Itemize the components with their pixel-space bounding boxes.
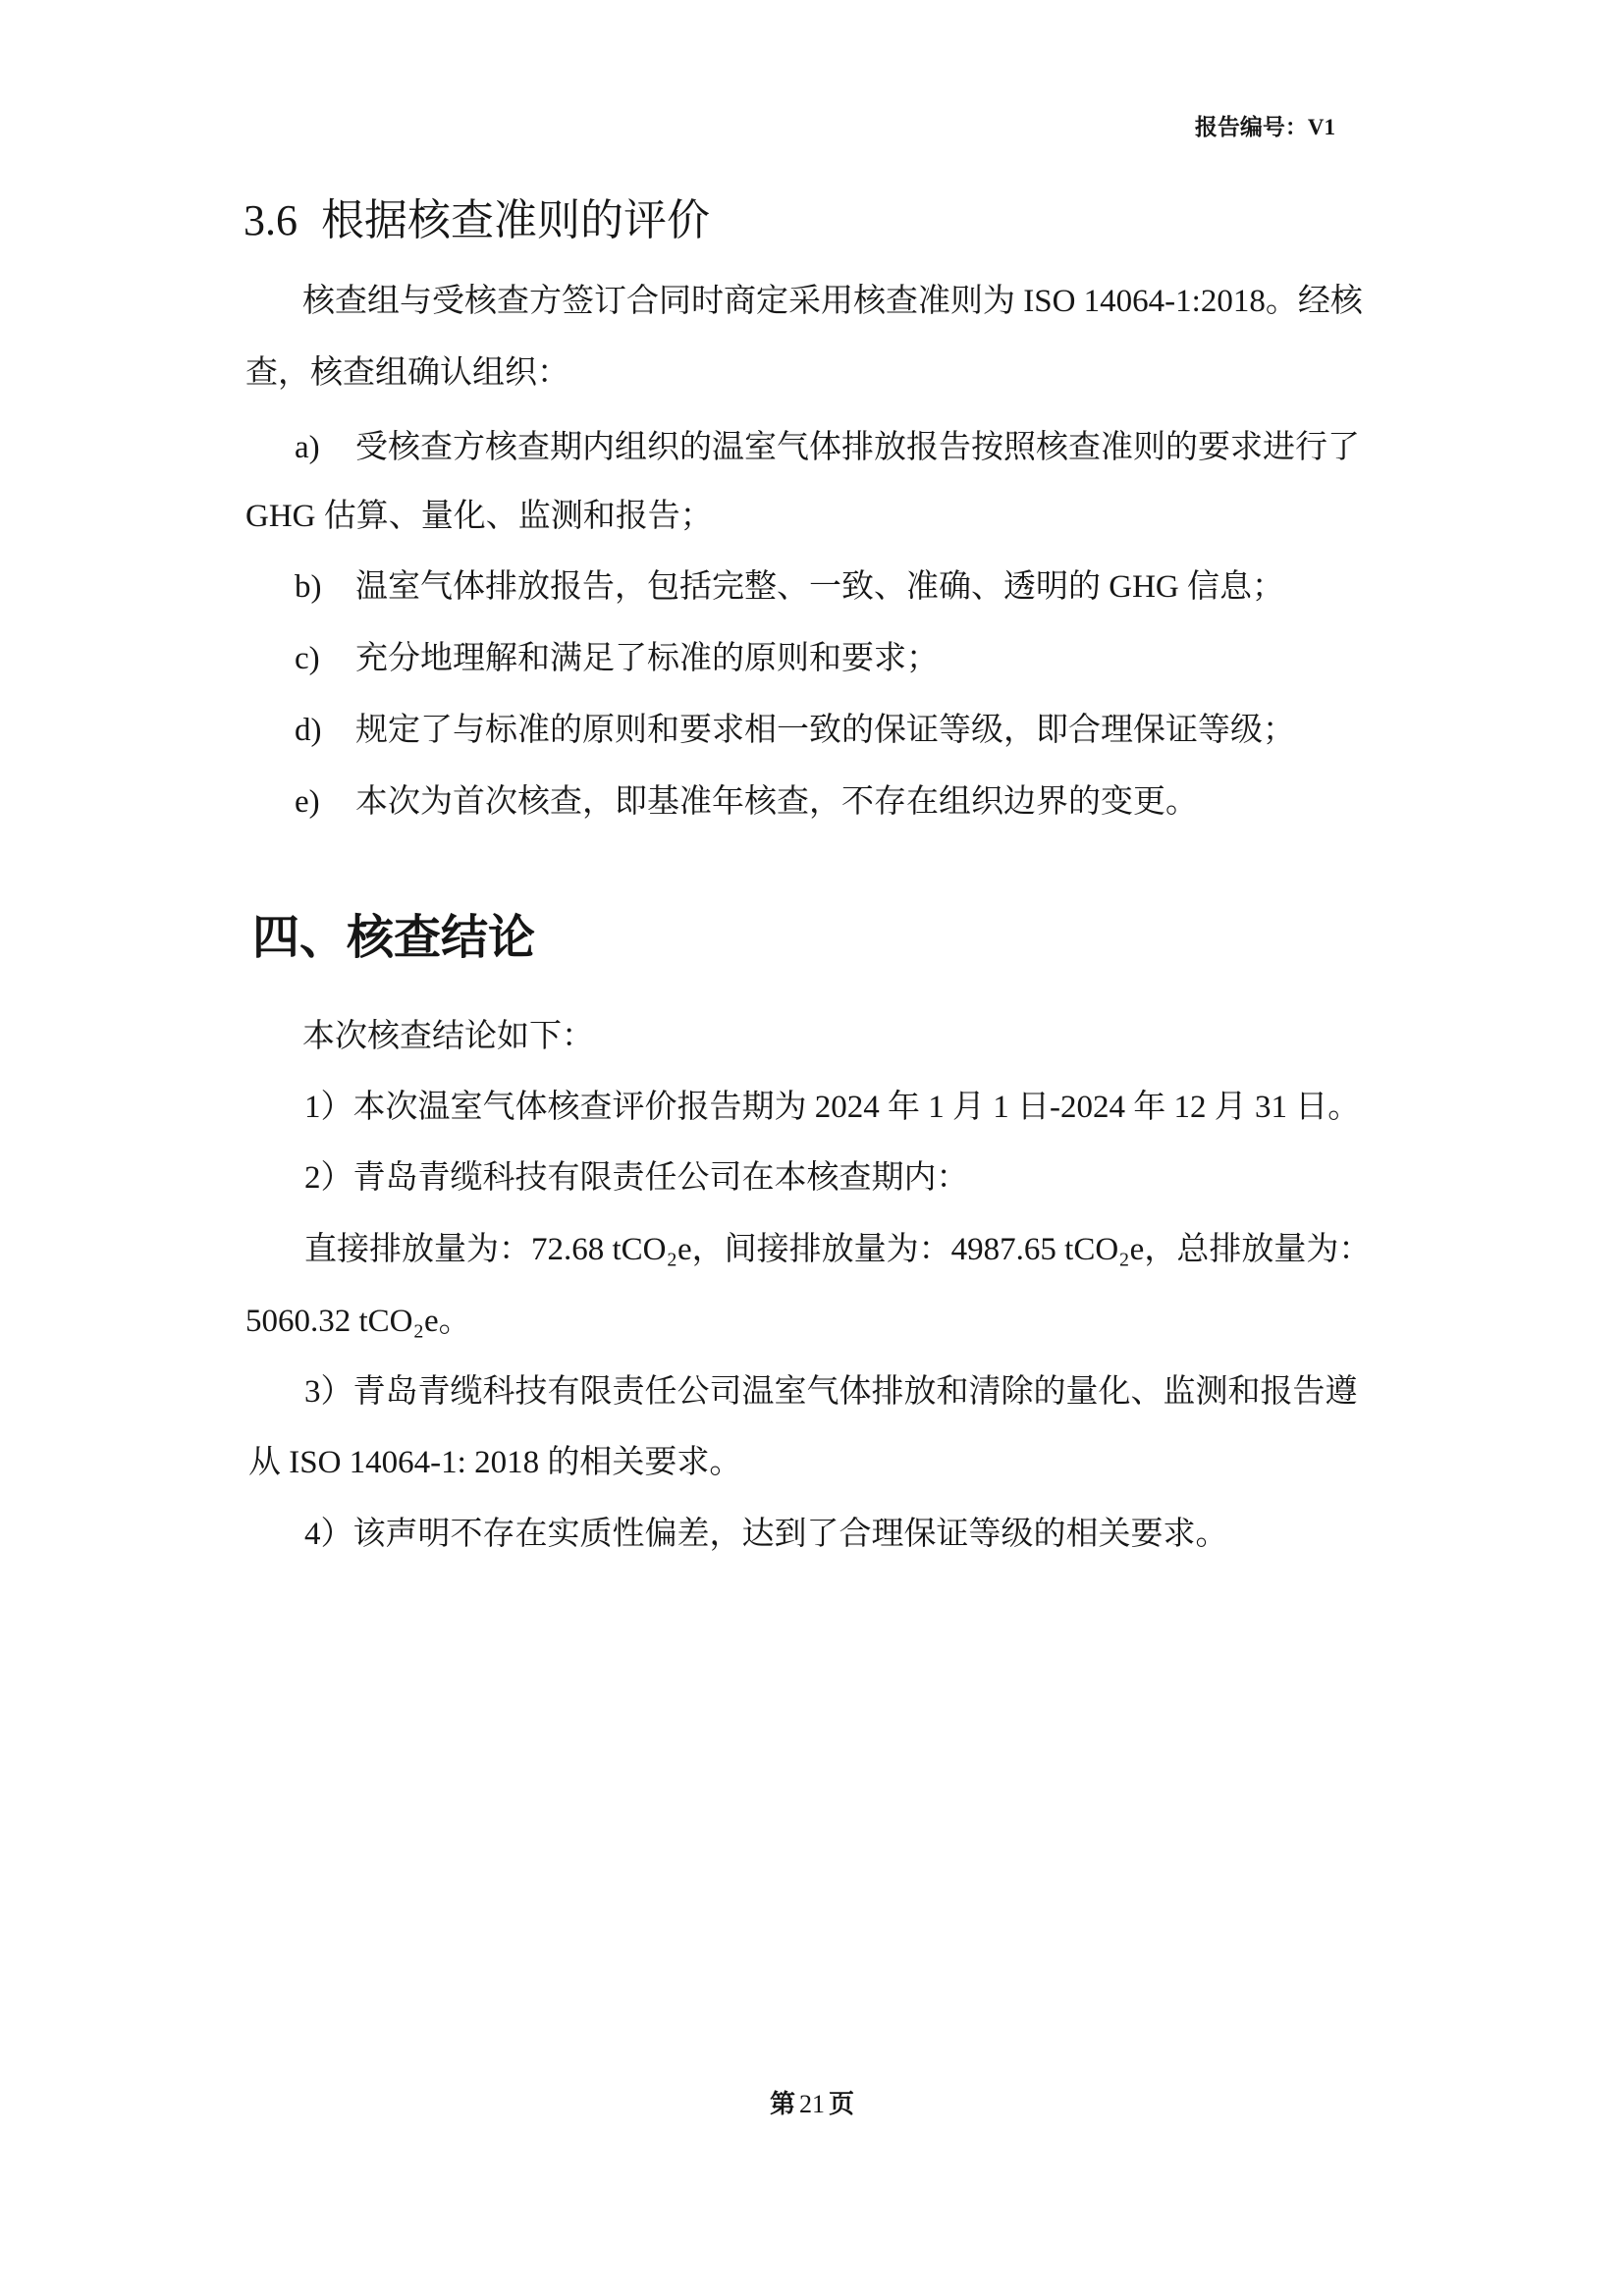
footer-page-prefix: 第 — [770, 2090, 795, 2118]
emissions-summary-line-2: 5060.32 tCO₂e。 — [245, 1305, 471, 1338]
list-item-c-text: 充分地理解和满足了标准的原则和要求； — [355, 641, 939, 676]
list-item-b-marker: b) — [295, 570, 355, 604]
conclusion-1-marker: 1） — [304, 1091, 353, 1124]
conclusion-2: 2）青岛青缆科技有限责任公司在本核查期内： — [304, 1161, 969, 1195]
section-3-6-number: 3.6 — [244, 196, 298, 244]
section-3-6-intro-line-1: 核查组与受核查方签订合同时商定采用核查准则为 ISO 14064-1:2018。… — [302, 285, 1363, 318]
list-item-a-text: 受核查方核查期内组织的温室气体排放报告按照核查准则的要求进行了 — [355, 430, 1360, 465]
section-4-heading: 四、核查结论 — [252, 914, 535, 963]
conclusion-2-text: 青岛青缆科技有限责任公司在本核查期内： — [353, 1160, 969, 1196]
page-footer: 第21页 — [0, 2091, 1624, 2117]
list-item-e-text: 本次为首次核查，即基准年核查，不存在组织边界的变更。 — [355, 784, 1198, 820]
conclusion-1-text: 本次温室气体核查评价报告期为 2024 年 1 月 1 日-2024 年 12 … — [353, 1090, 1361, 1125]
list-item-d-marker: d) — [295, 714, 355, 747]
list-item-a-continuation: GHG 估算、量化、监测和报告； — [245, 500, 713, 533]
list-item-d-text: 规定了与标准的原则和要求相一致的保证等级，即合理保证等级； — [355, 713, 1295, 748]
list-item-a: a)受核查方核查期内组织的温室气体排放报告按照核查准则的要求进行了 — [295, 431, 1360, 464]
list-item-a-marker: a) — [295, 431, 355, 464]
conclusion-3: 3）青岛青缆科技有限责任公司温室气体排放和清除的量化、监测和报告遵 — [304, 1375, 1358, 1409]
conclusion-1: 1）本次温室气体核查评价报告期为 2024 年 1 月 1 日-2024 年 1… — [304, 1091, 1360, 1124]
section-3-6-intro-line-2: 查，核查组确认组织： — [245, 356, 569, 390]
list-item-c: c)充分地理解和满足了标准的原则和要求； — [295, 642, 939, 675]
section-3-6-title: 根据核查准则的评价 — [321, 196, 710, 244]
conclusion-2-marker: 2） — [304, 1161, 353, 1195]
list-item-e: e)本次为首次核查，即基准年核查，不存在组织边界的变更。 — [295, 785, 1198, 819]
conclusion-4-text: 该声明不存在实质性偏差，达到了合理保证等级的相关要求。 — [353, 1517, 1228, 1552]
list-item-d: d)规定了与标准的原则和要求相一致的保证等级，即合理保证等级； — [295, 714, 1295, 747]
emissions-summary-line-1: 直接排放量为：72.68 tCO₂e，间接排放量为：4987.65 tCO₂e，… — [304, 1233, 1371, 1266]
list-item-c-marker: c) — [295, 642, 355, 675]
document-page: 报告编号：V1 3.6根据核查准则的评价 核查组与受核查方签订合同时商定采用核查… — [0, 0, 1624, 2296]
conclusion-4: 4）该声明不存在实质性偏差，达到了合理保证等级的相关要求。 — [304, 1518, 1228, 1551]
conclusion-3-text-line-1: 青岛青缆科技有限责任公司温室气体排放和清除的量化、监测和报告遵 — [353, 1374, 1358, 1410]
conclusion-3-marker: 3） — [304, 1375, 353, 1409]
section-4-intro: 本次核查结论如下： — [302, 1020, 594, 1053]
report-number-header: 报告编号：V1 — [1195, 116, 1335, 139]
conclusion-3-text-line-2: 从 ISO 14064-1: 2018 的相关要求。 — [248, 1446, 741, 1479]
list-item-b-text: 温室气体排放报告，包括完整、一致、准确、透明的 GHG 信息； — [355, 569, 1284, 605]
footer-page-number: 21 — [795, 2090, 829, 2118]
footer-page-suffix: 页 — [829, 2090, 854, 2118]
list-item-b: b)温室气体排放报告，包括完整、一致、准确、透明的 GHG 信息； — [295, 570, 1284, 604]
list-item-e-marker: e) — [295, 785, 355, 819]
section-3-6-heading: 3.6根据核查准则的评价 — [244, 198, 710, 243]
conclusion-4-marker: 4） — [304, 1518, 353, 1551]
